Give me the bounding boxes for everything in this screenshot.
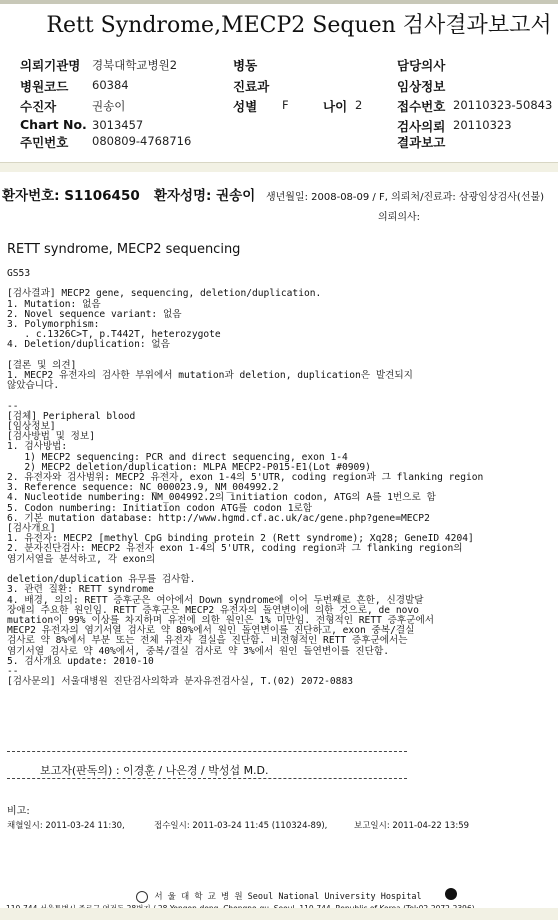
- top-border: [0, 0, 558, 4]
- referring-doctor: 의뢰의사:: [378, 208, 420, 223]
- report-line: 검사로 약 8%에서 부분 또는 전체 유전자 결실을 진단함. 비전형적인 R…: [7, 636, 483, 646]
- patient-strip: 환자번호: S1106450 환자성명: 권송이 생년월일: 2008-08-0…: [2, 184, 544, 204]
- reported-time: 보고일시: 2011-04-22 13:59: [354, 819, 469, 831]
- header-label: 수진자: [20, 97, 56, 115]
- header-label: 의뢰기관명: [20, 56, 80, 74]
- patient-name: 환자성명: 권송이: [154, 188, 255, 204]
- seal-icon: [445, 888, 457, 900]
- header-label: 접수번호: [397, 97, 445, 115]
- report-line: 1. MECP2 유전자의 검사한 부위에서 mutation과 deletio…: [7, 371, 483, 381]
- hospital-name: 서 울 대 학 교 병 원 Seoul National University …: [154, 892, 421, 902]
- report-line: 염기서열을 분석하고, 각 exon의: [7, 555, 483, 565]
- report-line: 3. 관련 질환: RETT syndrome: [7, 585, 483, 595]
- header-value: 3013457: [92, 118, 143, 132]
- header-label: 병원코드: [20, 77, 68, 95]
- remark-label: 비고:: [7, 802, 30, 817]
- patient-details: 생년월일: 2008-08-09 / F, 의뢰처/진료과: 삼광임상검사(선불…: [266, 192, 544, 203]
- header-label: 임상정보: [397, 77, 445, 95]
- report-line: 4. Deletion/duplication: 없음: [7, 340, 483, 350]
- scanned-report: 환자번호: S1106450 환자성명: 권송이 생년월일: 2008-08-0…: [0, 172, 558, 920]
- patient-id: 환자번호: S1106450: [2, 188, 140, 204]
- divider-rule: [7, 751, 407, 752]
- header-value: F: [282, 98, 289, 112]
- report-line: [7, 391, 483, 401]
- report-line: [검사문의] 서울대병원 진단검사의학과 분자유전검사실, T.(02) 207…: [7, 677, 483, 687]
- reporter: 보고자(판독의) : 이경훈 / 나은경 / 박성섭 M.D.: [40, 762, 269, 778]
- hospital-logo-icon: [136, 891, 148, 903]
- report-line: GS53: [7, 269, 483, 279]
- report-line: 6. 기본 mutation database: http://www.hgmd…: [7, 514, 483, 524]
- header-label: 진료과: [233, 77, 269, 95]
- report-line: 5. 검사개요 update: 2010-10: [7, 657, 483, 667]
- header-label: 결과보고: [397, 133, 445, 151]
- report-title: Rett Syndrome,MECP2 Sequen 검사결과보고서: [0, 8, 558, 39]
- hospital-footer: 서 울 대 학 교 병 원 Seoul National University …: [0, 890, 558, 903]
- header-value: 080809-4768716: [92, 134, 191, 148]
- divider-rule: [7, 778, 407, 779]
- report-header: 의뢰기관명 경북대학교병원2 병원코드 60384 수진자 권송이 Chart …: [0, 50, 558, 160]
- bottom-border: [0, 908, 558, 920]
- report-line: [검체] Peripheral blood: [7, 412, 483, 422]
- collected-time: 채혈일시: 2011-03-24 11:30,: [7, 819, 125, 831]
- header-value: 20110323: [453, 118, 512, 132]
- received-time: 접수일시: 2011-03-24 11:45 (110324-89),: [154, 819, 327, 831]
- header-value: 20110323-50843: [453, 98, 552, 112]
- header-value: 권송이: [92, 98, 125, 114]
- header-value: 경북대학교병원2: [92, 57, 177, 73]
- report-body: GS53 [검사결과] MECP2 gene, sequencing, dele…: [7, 269, 483, 687]
- test-name: RETT syndrome, MECP2 sequencing: [7, 242, 240, 257]
- report-line: 않았습니다.: [7, 381, 483, 391]
- header-label: 나이: [323, 97, 347, 115]
- report-line: [7, 351, 483, 361]
- section-divider: [0, 162, 558, 172]
- report-line: [검사방법 및 정보]: [7, 432, 483, 442]
- header-label: 성별: [233, 97, 257, 115]
- header-label: 담당의사: [397, 56, 445, 74]
- header-label: Chart No.: [20, 117, 87, 132]
- header-value: 2: [355, 98, 362, 112]
- header-label: 주민번호: [20, 133, 68, 151]
- header-label: 병동: [233, 56, 257, 74]
- header-value: 60384: [92, 78, 129, 92]
